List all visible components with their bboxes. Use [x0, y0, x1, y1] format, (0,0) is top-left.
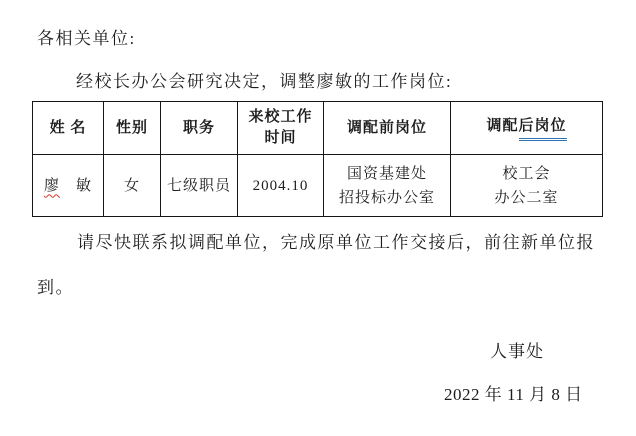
header-after-post-prefix: 调配 [486, 118, 518, 134]
header-position: 职务 [161, 102, 238, 155]
table-data-row: 廖敏 女 七级职员 2004.10 国资基建处 招投标办公室 校工会 办公二室 [33, 155, 603, 217]
cell-start-time: 2004.10 [238, 155, 324, 217]
before-post-line-2: 招投标办公室 [328, 186, 446, 210]
salutation: 各相关单位: [37, 28, 136, 50]
closing-paragraph-line-2: 到。 [37, 277, 74, 299]
cell-before-post: 国资基建处 招投标办公室 [324, 155, 451, 217]
before-post-line-1: 国资基建处 [328, 162, 446, 186]
closing-paragraph-line-1: 请尽快联系拟调配单位，完成原单位工作交接后，前往新单位报 [77, 232, 595, 254]
header-before-post: 调配前岗位 [324, 102, 451, 155]
name-surname-with-spellcheck-squiggle: 廖 [44, 178, 60, 194]
header-after-post: 调配后岗位 [451, 102, 603, 155]
after-post-line-1: 校工会 [455, 162, 598, 186]
proofing-underline-mark: 后岗位 [519, 116, 567, 141]
name-given: 敏 [76, 178, 92, 194]
cell-name: 廖敏 [33, 155, 104, 217]
cell-after-post: 校工会 办公二室 [451, 155, 603, 217]
cell-position: 七级职员 [161, 155, 238, 217]
signature: 人事处 [490, 341, 544, 363]
header-gender: 性别 [104, 102, 161, 155]
header-name: 姓 名 [33, 102, 104, 155]
intro-paragraph: 经校长办公会研究决定，调整廖敏的工作岗位: [76, 71, 452, 93]
header-start-time: 来校工作时间 [238, 102, 324, 155]
date: 2022 年 11 月 8 日 [444, 384, 583, 406]
transfer-table: 姓 名 性别 职务 来校工作时间 调配前岗位 调配后岗位 廖敏 女 七级职员 2… [32, 101, 603, 217]
after-post-line-2: 办公二室 [455, 186, 598, 210]
cell-gender: 女 [104, 155, 161, 217]
document-page: 各相关单位: 经校长办公会研究决定，调整廖敏的工作岗位: 姓 名 性别 职务 来… [0, 0, 636, 436]
table-header-row: 姓 名 性别 职务 来校工作时间 调配前岗位 调配后岗位 [33, 102, 603, 155]
